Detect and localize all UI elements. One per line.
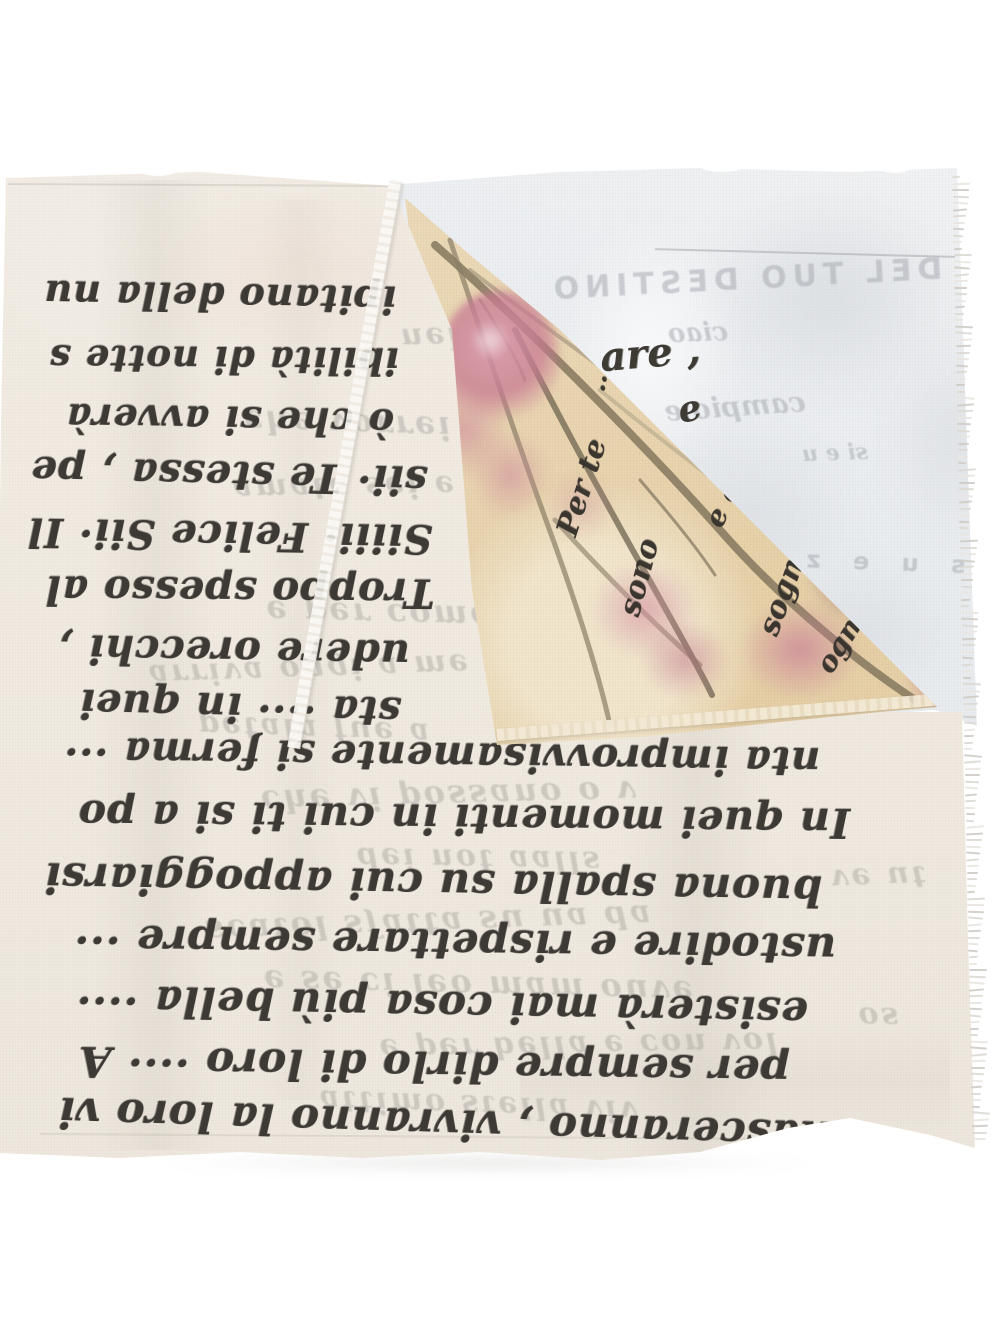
fringe-thread bbox=[966, 839, 982, 841]
fringe-thread bbox=[968, 943, 979, 946]
fringe-thread bbox=[972, 1125, 988, 1128]
fringe-thread bbox=[964, 754, 982, 758]
fringe-thread bbox=[965, 793, 977, 796]
fringe-thread bbox=[966, 832, 983, 835]
fringe-thread bbox=[968, 923, 982, 927]
fringe-thread bbox=[964, 748, 972, 751]
fringe-thread bbox=[966, 851, 980, 855]
fringe-thread bbox=[965, 786, 978, 789]
fringe-thread bbox=[970, 1053, 986, 1057]
fringe-thread bbox=[971, 1067, 985, 1069]
fringe-thread bbox=[970, 1046, 987, 1050]
fringe-thread bbox=[971, 1060, 986, 1063]
edge-nick bbox=[880, 163, 910, 173]
fringe-thread bbox=[967, 878, 977, 881]
fringe-thread bbox=[965, 767, 981, 770]
fringe-thread bbox=[967, 884, 976, 887]
fringe-thread bbox=[970, 1034, 978, 1036]
handwriting-line: ibilità di notte s bbox=[0, 336, 448, 384]
fringe-thread bbox=[969, 988, 984, 992]
edge-nick bbox=[700, 160, 744, 172]
fringe-thread bbox=[968, 930, 981, 933]
fringe-thread bbox=[972, 1118, 989, 1122]
fringe-thread bbox=[970, 1021, 980, 1024]
fringe-thread bbox=[966, 819, 974, 822]
underside-script-fragment: are , bbox=[598, 326, 702, 382]
fringe-thread bbox=[968, 956, 977, 959]
fringe-thread bbox=[964, 760, 981, 764]
fringe-thread bbox=[969, 981, 985, 985]
fringe-thread bbox=[966, 825, 984, 829]
fringe-thread bbox=[964, 735, 974, 738]
fringe-thread bbox=[969, 995, 983, 998]
fringe-thread bbox=[967, 872, 978, 874]
fringe-thread bbox=[965, 780, 979, 783]
handwriting-line: sii· Te stessa , pe bbox=[0, 446, 459, 505]
fringe-thread bbox=[969, 1002, 982, 1004]
fringe-thread bbox=[967, 904, 984, 906]
flower-print bbox=[470, 430, 550, 520]
fringe-thread bbox=[964, 728, 975, 731]
fringe-thread bbox=[966, 845, 981, 848]
fringe-thread bbox=[970, 1014, 981, 1017]
fringe-thread bbox=[967, 897, 985, 900]
scarf-product-photo: DEL TUO DESTINO ciao campio e si e u s u… bbox=[0, 0, 1000, 1334]
handwriting-line: In quei momenti in cui ti si a po bbox=[0, 790, 928, 848]
fringe-thread bbox=[965, 807, 975, 809]
fringe-thread bbox=[972, 1111, 990, 1115]
edge-nick bbox=[430, 161, 470, 173]
fringe-thread bbox=[969, 969, 987, 971]
fringe-thread bbox=[971, 1079, 983, 1082]
fringe-thread bbox=[965, 813, 974, 816]
fringe-thread bbox=[969, 975, 986, 978]
fringe-thread bbox=[970, 1027, 979, 1030]
fringe-thread bbox=[965, 774, 980, 776]
handwriting-line: udere orecchi , bbox=[0, 624, 468, 679]
fringe-thread bbox=[971, 1073, 984, 1076]
fringe-thread bbox=[967, 891, 975, 894]
edge-nick bbox=[140, 166, 176, 176]
handwriting-line: Siiii· Felice Sii· Il bbox=[0, 508, 460, 563]
fringe-thread bbox=[964, 742, 973, 744]
flower-highlight bbox=[470, 320, 510, 360]
fringe-thread bbox=[968, 937, 980, 939]
flower-print bbox=[640, 620, 730, 700]
handwriting-line: Troppo spesso al bbox=[16, 566, 464, 617]
handwriting-line: ò che si avverà bbox=[4, 394, 457, 447]
fringe-thread bbox=[969, 962, 977, 965]
fringe-thread bbox=[968, 949, 978, 952]
fringe-thread bbox=[968, 910, 984, 913]
fringe-thread bbox=[965, 800, 976, 803]
fringe-thread bbox=[970, 1008, 982, 1011]
fringe-thread bbox=[970, 1040, 988, 1043]
fringe-thread bbox=[968, 916, 983, 920]
fringe-thread bbox=[967, 865, 979, 868]
fringe-thread bbox=[966, 858, 979, 861]
